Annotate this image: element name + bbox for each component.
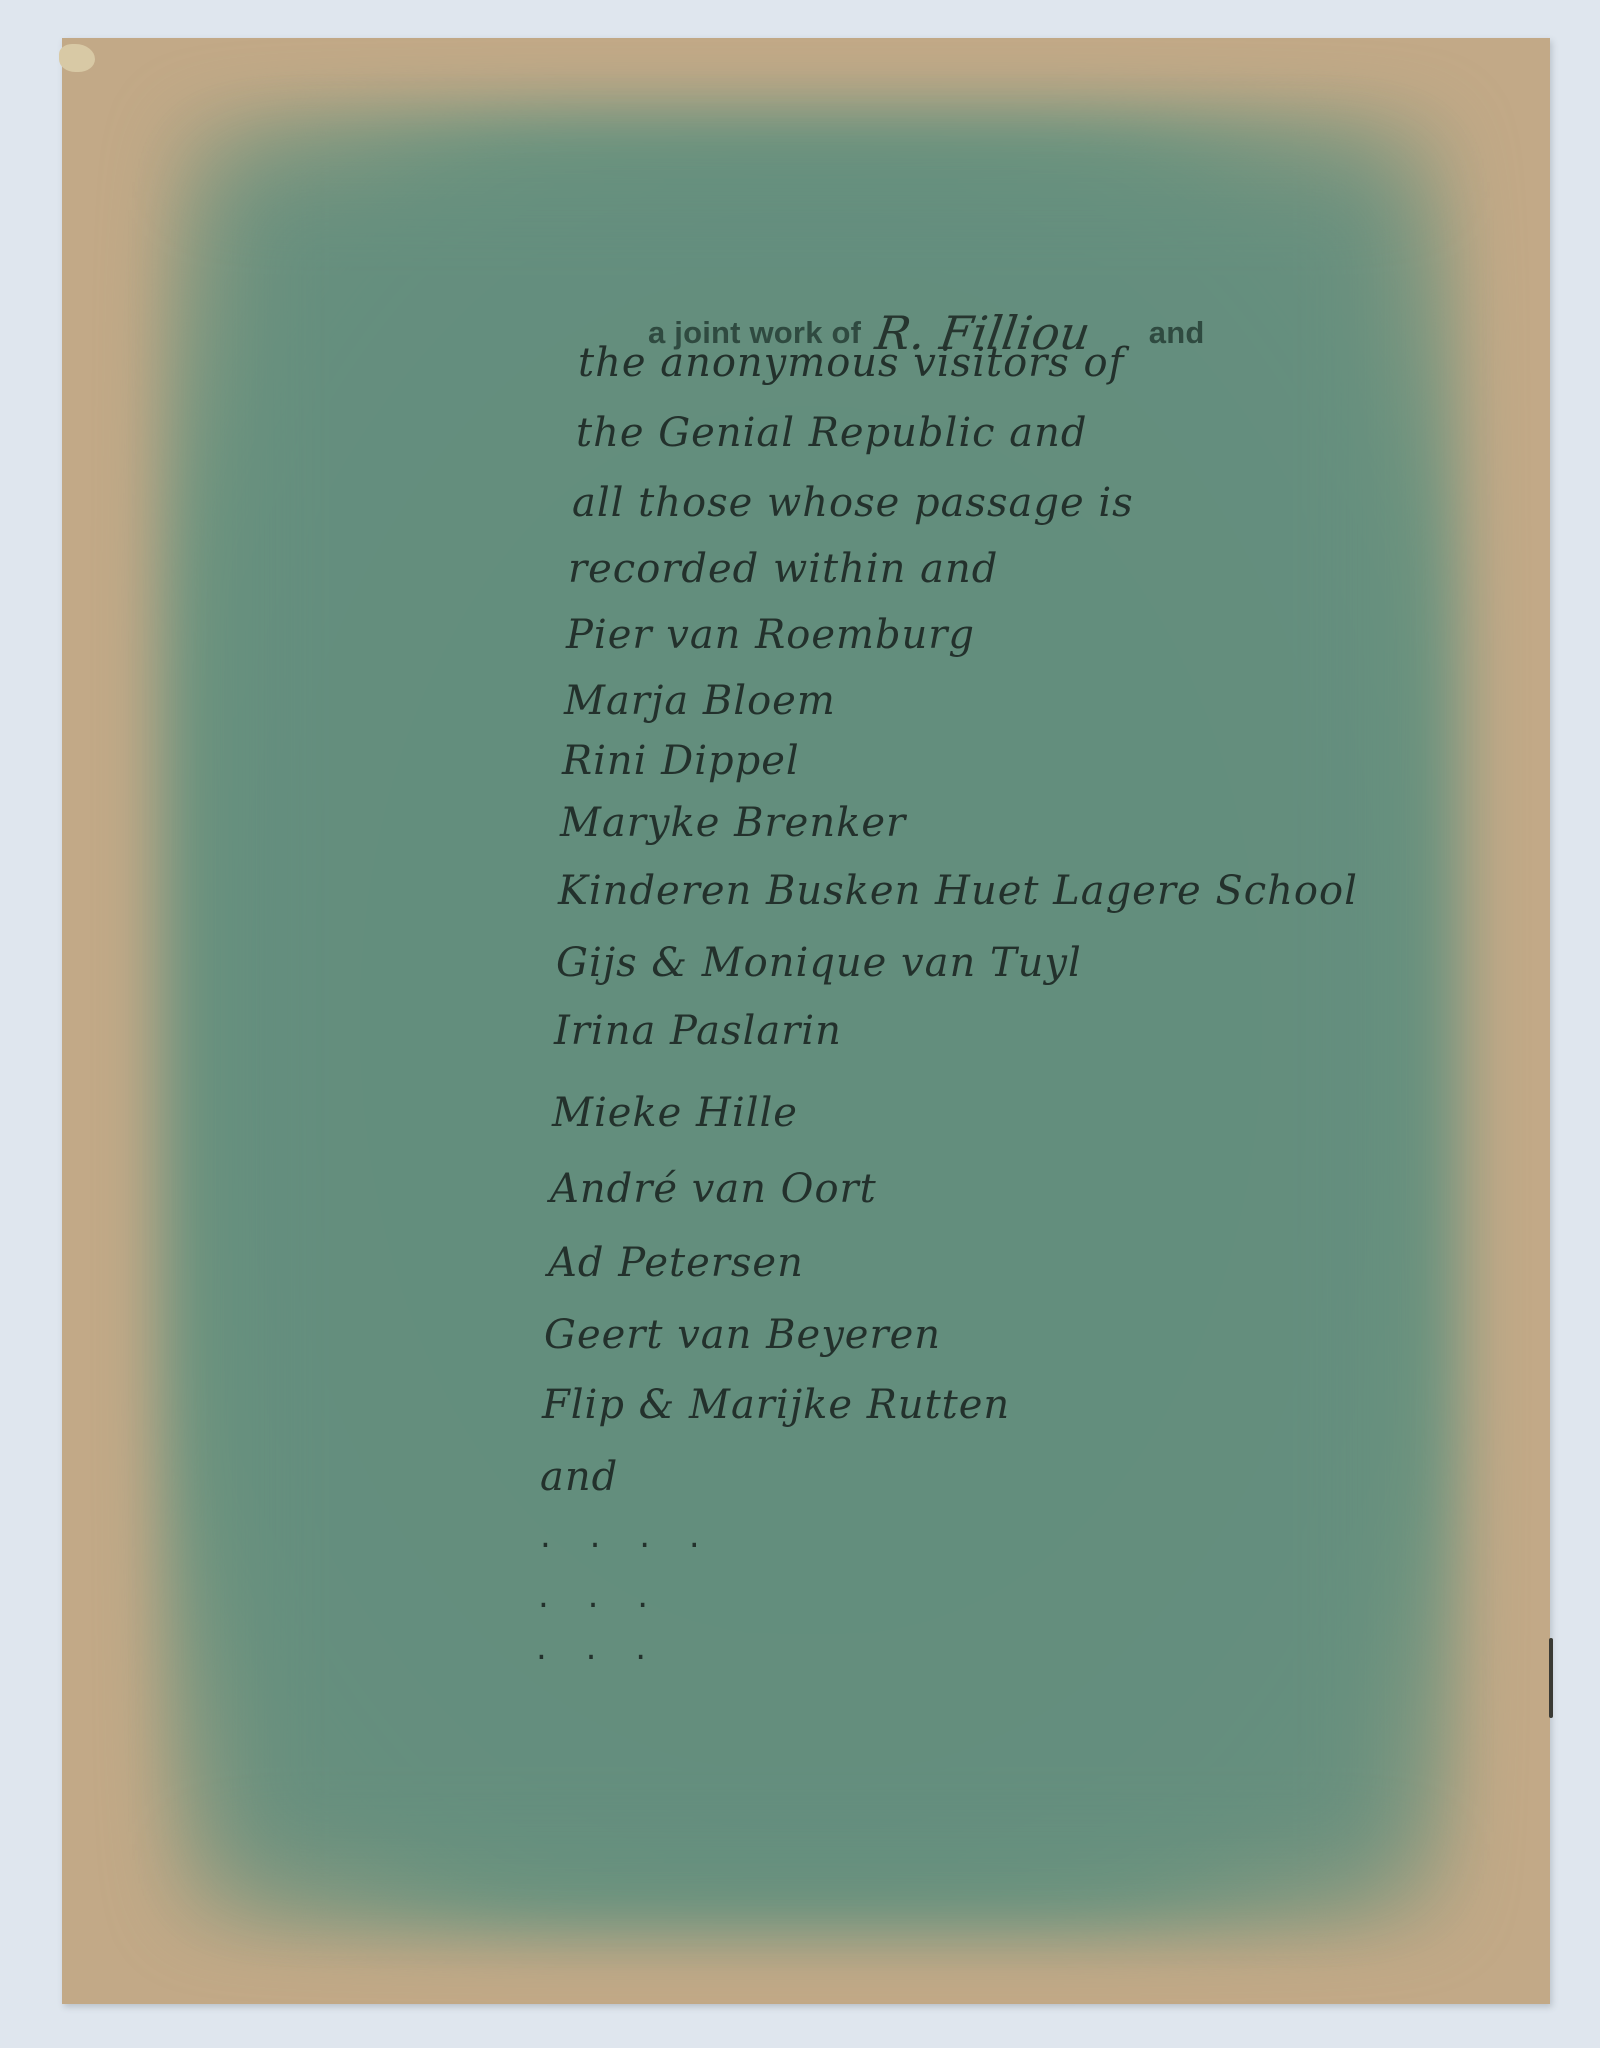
ellipsis-line: . . .	[538, 1576, 662, 1616]
name-line: Geert van Beyeren	[544, 1312, 941, 1358]
name-line: Irina Paslarin	[554, 1008, 842, 1054]
paper-sheet: a joint work of R. Filliou and the anony…	[62, 38, 1550, 2004]
document-content: a joint work of R. Filliou and the anony…	[62, 38, 1550, 2004]
name-line: Maryke Brenker	[560, 800, 906, 846]
name-line: Rini Dippel	[562, 738, 800, 784]
name-line: Kinderen Busken Huet Lagere School	[558, 868, 1358, 914]
handwritten-line: the anonymous visitors of	[578, 340, 1124, 386]
name-line: Pier van Roemburg	[566, 612, 975, 658]
handwritten-line: the Genial Republic and	[576, 410, 1087, 456]
name-line: Mieke Hille	[552, 1090, 798, 1136]
handwritten-line: and	[540, 1454, 618, 1500]
name-line: André van Oort	[550, 1166, 877, 1212]
handwritten-line: all those whose passage is	[572, 480, 1134, 526]
ellipsis-line: . . .	[536, 1628, 660, 1668]
name-line: Gijs & Monique van Tuyl	[556, 940, 1082, 986]
ellipsis-line: . . . .	[540, 1516, 714, 1556]
name-line: Ad Petersen	[548, 1240, 804, 1286]
handwritten-line: recorded within and	[568, 546, 998, 592]
name-line: Marja Bloem	[564, 678, 836, 724]
printed-suffix: and	[1149, 315, 1205, 350]
name-line: Flip & Marijke Rutten	[542, 1382, 1010, 1428]
